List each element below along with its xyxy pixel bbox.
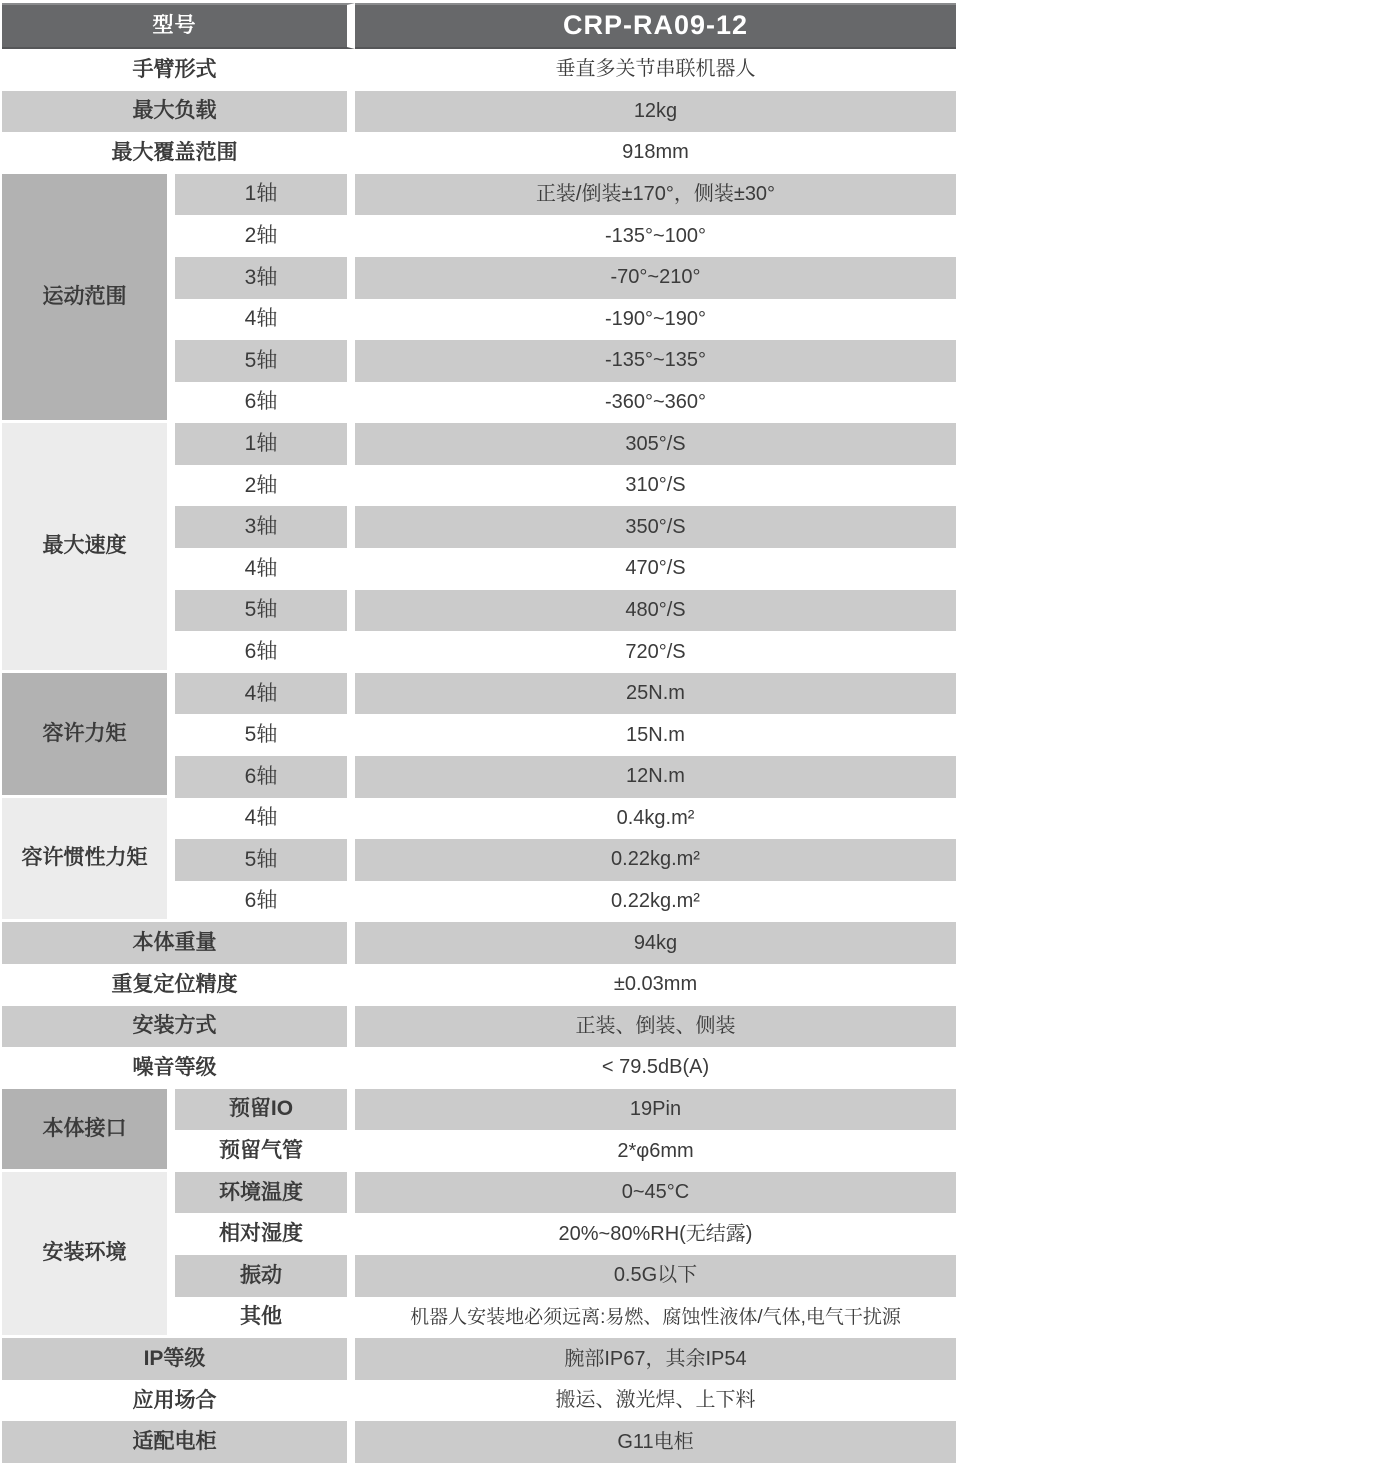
row-value-mounting: 正装、倒装、侧装 [355,1006,956,1048]
row-label-max-payload: 最大负载 [2,91,355,133]
group-label-max-speed: 最大速度 [2,423,175,673]
sub-label-ambient-temp: 环境温度 [175,1172,355,1214]
header-model-value: CRP-RA09-12 [355,3,956,49]
axis-value: 12N.m [355,756,956,798]
axis-label: 5轴 [175,590,355,632]
axis-label: 6轴 [175,881,355,923]
axis-value: 470°/S [355,548,956,590]
axis-value: -70°~210° [355,257,956,299]
group-label-install-env: 安装环境 [2,1172,175,1338]
sub-value-humidity: 20%~80%RH(无结露) [355,1213,956,1255]
group-label-allowable-torque: 容许力矩 [2,673,175,798]
row-label-body-weight: 本体重量 [2,922,355,964]
axis-label: 5轴 [175,340,355,382]
sub-value-reserved-air: 2*φ6mm [355,1130,956,1172]
sub-value-other: 机器人安装地必须远离:易燃、腐蚀性液体/气体,电气干扰源 [355,1297,956,1339]
row-value-arm-type: 垂直多关节串联机器人 [355,49,956,91]
row-label-applications: 应用场合 [2,1380,355,1422]
row-label-mounting: 安装方式 [2,1006,355,1048]
sub-label-humidity: 相对湿度 [175,1213,355,1255]
axis-label: 3轴 [175,257,355,299]
row-value-applications: 搬运、激光焊、上下料 [355,1380,956,1422]
row-label-cabinet: 适配电柜 [2,1421,355,1463]
axis-value: -135°~100° [355,215,956,257]
axis-label: 4轴 [175,548,355,590]
row-value-body-weight: 94kg [355,922,956,964]
row-value-repeatability: ±0.03mm [355,964,956,1006]
axis-value: 350°/S [355,506,956,548]
axis-label: 1轴 [175,423,355,465]
axis-label: 4轴 [175,299,355,341]
row-value-max-payload: 12kg [355,91,956,133]
row-label-ip-rating: IP等级 [2,1338,355,1380]
axis-value: 0.22kg.m² [355,839,956,881]
sub-label-reserved-io: 预留IO [175,1089,355,1131]
axis-value: 480°/S [355,590,956,632]
row-label-noise-level: 噪音等级 [2,1047,355,1089]
row-value-ip-rating: 腕部IP67，其余IP54 [355,1338,956,1380]
axis-value: 15N.m [355,714,956,756]
axis-label: 6轴 [175,631,355,673]
axis-value: 0.22kg.m² [355,881,956,923]
row-label-max-reach: 最大覆盖范围 [2,132,355,174]
sub-value-reserved-io: 19Pin [355,1089,956,1131]
sub-label-reserved-air: 预留气管 [175,1130,355,1172]
row-label-arm-type: 手臂形式 [2,49,355,91]
group-label-motion-range: 运动范围 [2,174,175,424]
axis-label: 2轴 [175,465,355,507]
group-label-allowable-inertia: 容许惯性力矩 [2,798,175,923]
axis-label: 4轴 [175,798,355,840]
axis-value: 720°/S [355,631,956,673]
axis-label: 6轴 [175,382,355,424]
axis-label: 1轴 [175,174,355,216]
axis-label: 2轴 [175,215,355,257]
axis-label: 5轴 [175,839,355,881]
axis-value: 305°/S [355,423,956,465]
header-model-label: 型号 [2,3,355,49]
axis-value: 310°/S [355,465,956,507]
axis-value: 25N.m [355,673,956,715]
sub-value-ambient-temp: 0~45°C [355,1172,956,1214]
sub-value-vibration: 0.5G以下 [355,1255,956,1297]
sub-label-vibration: 振动 [175,1255,355,1297]
row-value-max-reach: 918mm [355,132,956,174]
group-label-body-interface: 本体接口 [2,1089,175,1172]
axis-value: -190°~190° [355,299,956,341]
row-value-cabinet: G11电柜 [355,1421,956,1463]
axis-label: 4轴 [175,673,355,715]
spec-table: 型号 CRP-RA09-12 手臂形式 垂直多关节串联机器人 最大负载 12kg… [2,3,956,1463]
axis-value: -360°~360° [355,382,956,424]
axis-value: 正装/倒装±170°，侧装±30° [355,174,956,216]
sub-label-other: 其他 [175,1297,355,1339]
axis-label: 6轴 [175,756,355,798]
row-label-repeatability: 重复定位精度 [2,964,355,1006]
axis-label: 5轴 [175,714,355,756]
axis-label: 3轴 [175,506,355,548]
axis-value: -135°~135° [355,340,956,382]
row-value-noise-level: < 79.5dB(A) [355,1047,956,1089]
axis-value: 0.4kg.m² [355,798,956,840]
